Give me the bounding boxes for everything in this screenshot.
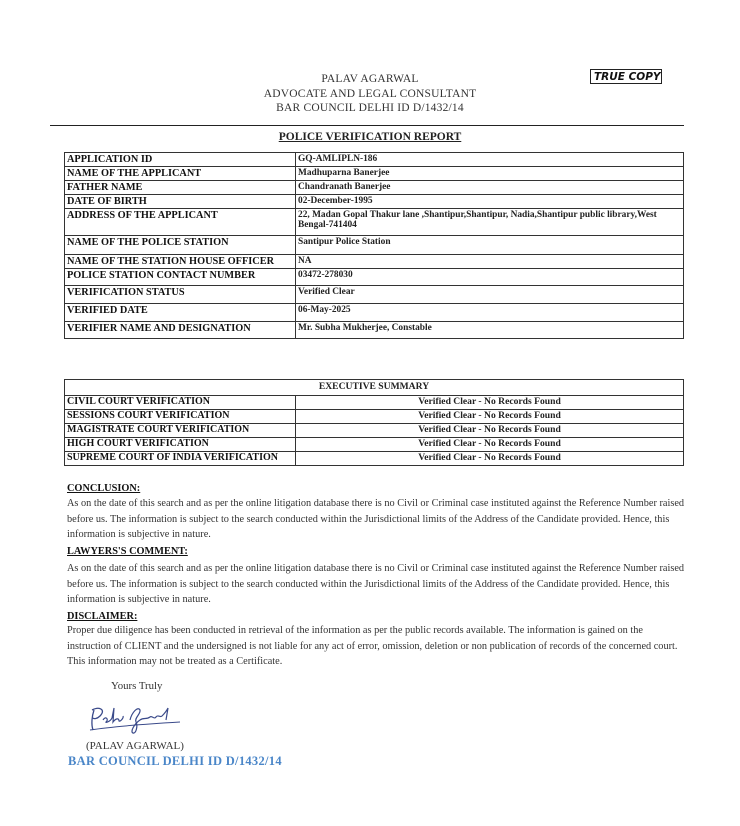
- summary-heading-row: EXECUTIVE SUMMARY: [65, 380, 684, 396]
- summary-value: Verified Clear - No Records Found: [296, 424, 684, 438]
- details-value: NA: [296, 255, 684, 269]
- details-label: VERIFIER NAME AND DESIGNATION: [65, 322, 296, 339]
- summary-heading: EXECUTIVE SUMMARY: [65, 380, 684, 396]
- details-value: Madhuparna Banerjee: [296, 167, 684, 181]
- details-value: 03472-278030: [296, 269, 684, 286]
- summary-value: Verified Clear - No Records Found: [296, 396, 684, 410]
- details-value: 22, Madan Gopal Thakur lane ,Shantipur,S…: [296, 209, 684, 236]
- summary-row: SESSIONS COURT VERIFICATIONVerified Clea…: [65, 410, 684, 424]
- details-row: ADDRESS OF THE APPLICANT22, Madan Gopal …: [65, 209, 684, 236]
- details-row: FATHER NAMEChandranath Banerjee: [65, 181, 684, 195]
- signatory-name: (PALAV AGARWAL): [86, 740, 184, 752]
- details-label: POLICE STATION CONTACT NUMBER: [65, 269, 296, 286]
- summary-label: CIVIL COURT VERIFICATION: [65, 396, 296, 410]
- details-value: 06-May-2025: [296, 304, 684, 322]
- signature-icon: [86, 700, 186, 736]
- report-title-text: POLICE VERIFICATION REPORT: [279, 131, 462, 143]
- lawyers-comment-heading: LAWYERS'S COMMENT:: [67, 546, 188, 557]
- details-label: ADDRESS OF THE APPLICANT: [65, 209, 296, 236]
- lawyers-comment-text: As on the date of this search and as per…: [67, 561, 687, 608]
- details-row: NAME OF THE POLICE STATIONSantipur Polic…: [65, 236, 684, 255]
- details-row: POLICE STATION CONTACT NUMBER03472-27803…: [65, 269, 684, 286]
- summary-label: SESSIONS COURT VERIFICATION: [65, 410, 296, 424]
- true-copy-stamp: TRUE COPY: [590, 69, 662, 84]
- details-label: DATE OF BIRTH: [65, 195, 296, 209]
- letterhead-role: ADVOCATE AND LEGAL CONSULTANT: [0, 88, 740, 100]
- summary-value: Verified Clear - No Records Found: [296, 452, 684, 466]
- details-row: VERIFICATION STATUSVerified Clear: [65, 286, 684, 304]
- details-label: APPLICATION ID: [65, 153, 296, 167]
- details-label: NAME OF THE POLICE STATION: [65, 236, 296, 255]
- details-row: NAME OF THE APPLICANTMadhuparna Banerjee: [65, 167, 684, 181]
- details-value: Chandranath Banerjee: [296, 181, 684, 195]
- details-row: APPLICATION IDGQ-AMLIPLN-186: [65, 153, 684, 167]
- details-value: Santipur Police Station: [296, 236, 684, 255]
- summary-label: SUPREME COURT OF INDIA VERIFICATION: [65, 452, 296, 466]
- summary-value: Verified Clear - No Records Found: [296, 438, 684, 452]
- disclaimer-text: Proper due diligence has been conducted …: [67, 623, 687, 670]
- details-value: Verified Clear: [296, 286, 684, 304]
- signatory-bar-id: BAR COUNCIL DELHI ID D/1432/14: [68, 754, 282, 769]
- summary-label: HIGH COURT VERIFICATION: [65, 438, 296, 452]
- details-row: VERIFIED DATE06-May-2025: [65, 304, 684, 322]
- summary-row: MAGISTRATE COURT VERIFICATIONVerified Cl…: [65, 424, 684, 438]
- details-label: VERIFICATION STATUS: [65, 286, 296, 304]
- report-title: POLICE VERIFICATION REPORT: [0, 131, 740, 143]
- summary-row: SUPREME COURT OF INDIA VERIFICATIONVerif…: [65, 452, 684, 466]
- summary-label: MAGISTRATE COURT VERIFICATION: [65, 424, 296, 438]
- details-label: NAME OF THE APPLICANT: [65, 167, 296, 181]
- details-value: GQ-AMLIPLN-186: [296, 153, 684, 167]
- details-row: DATE OF BIRTH02-December-1995: [65, 195, 684, 209]
- closing-text: Yours Truly: [111, 680, 162, 692]
- details-value: 02-December-1995: [296, 195, 684, 209]
- conclusion-text: As on the date of this search and as per…: [67, 496, 687, 543]
- executive-summary-table: EXECUTIVE SUMMARY CIVIL COURT VERIFICATI…: [64, 379, 684, 466]
- header-divider: [50, 125, 684, 126]
- details-label: FATHER NAME: [65, 181, 296, 195]
- summary-row: CIVIL COURT VERIFICATIONVerified Clear -…: [65, 396, 684, 410]
- letterhead-bar-id: BAR COUNCIL DELHI ID D/1432/14: [0, 102, 740, 114]
- details-label: NAME OF THE STATION HOUSE OFFICER: [65, 255, 296, 269]
- disclaimer-heading: DISCLAIMER:: [67, 611, 137, 622]
- details-value: Mr. Subha Mukherjee, Constable: [296, 322, 684, 339]
- conclusion-heading: CONCLUSION:: [67, 483, 140, 494]
- details-row: VERIFIER NAME AND DESIGNATIONMr. Subha M…: [65, 322, 684, 339]
- summary-row: HIGH COURT VERIFICATIONVerified Clear - …: [65, 438, 684, 452]
- details-table: APPLICATION IDGQ-AMLIPLN-186NAME OF THE …: [64, 152, 684, 339]
- details-row: NAME OF THE STATION HOUSE OFFICERNA: [65, 255, 684, 269]
- summary-value: Verified Clear - No Records Found: [296, 410, 684, 424]
- details-label: VERIFIED DATE: [65, 304, 296, 322]
